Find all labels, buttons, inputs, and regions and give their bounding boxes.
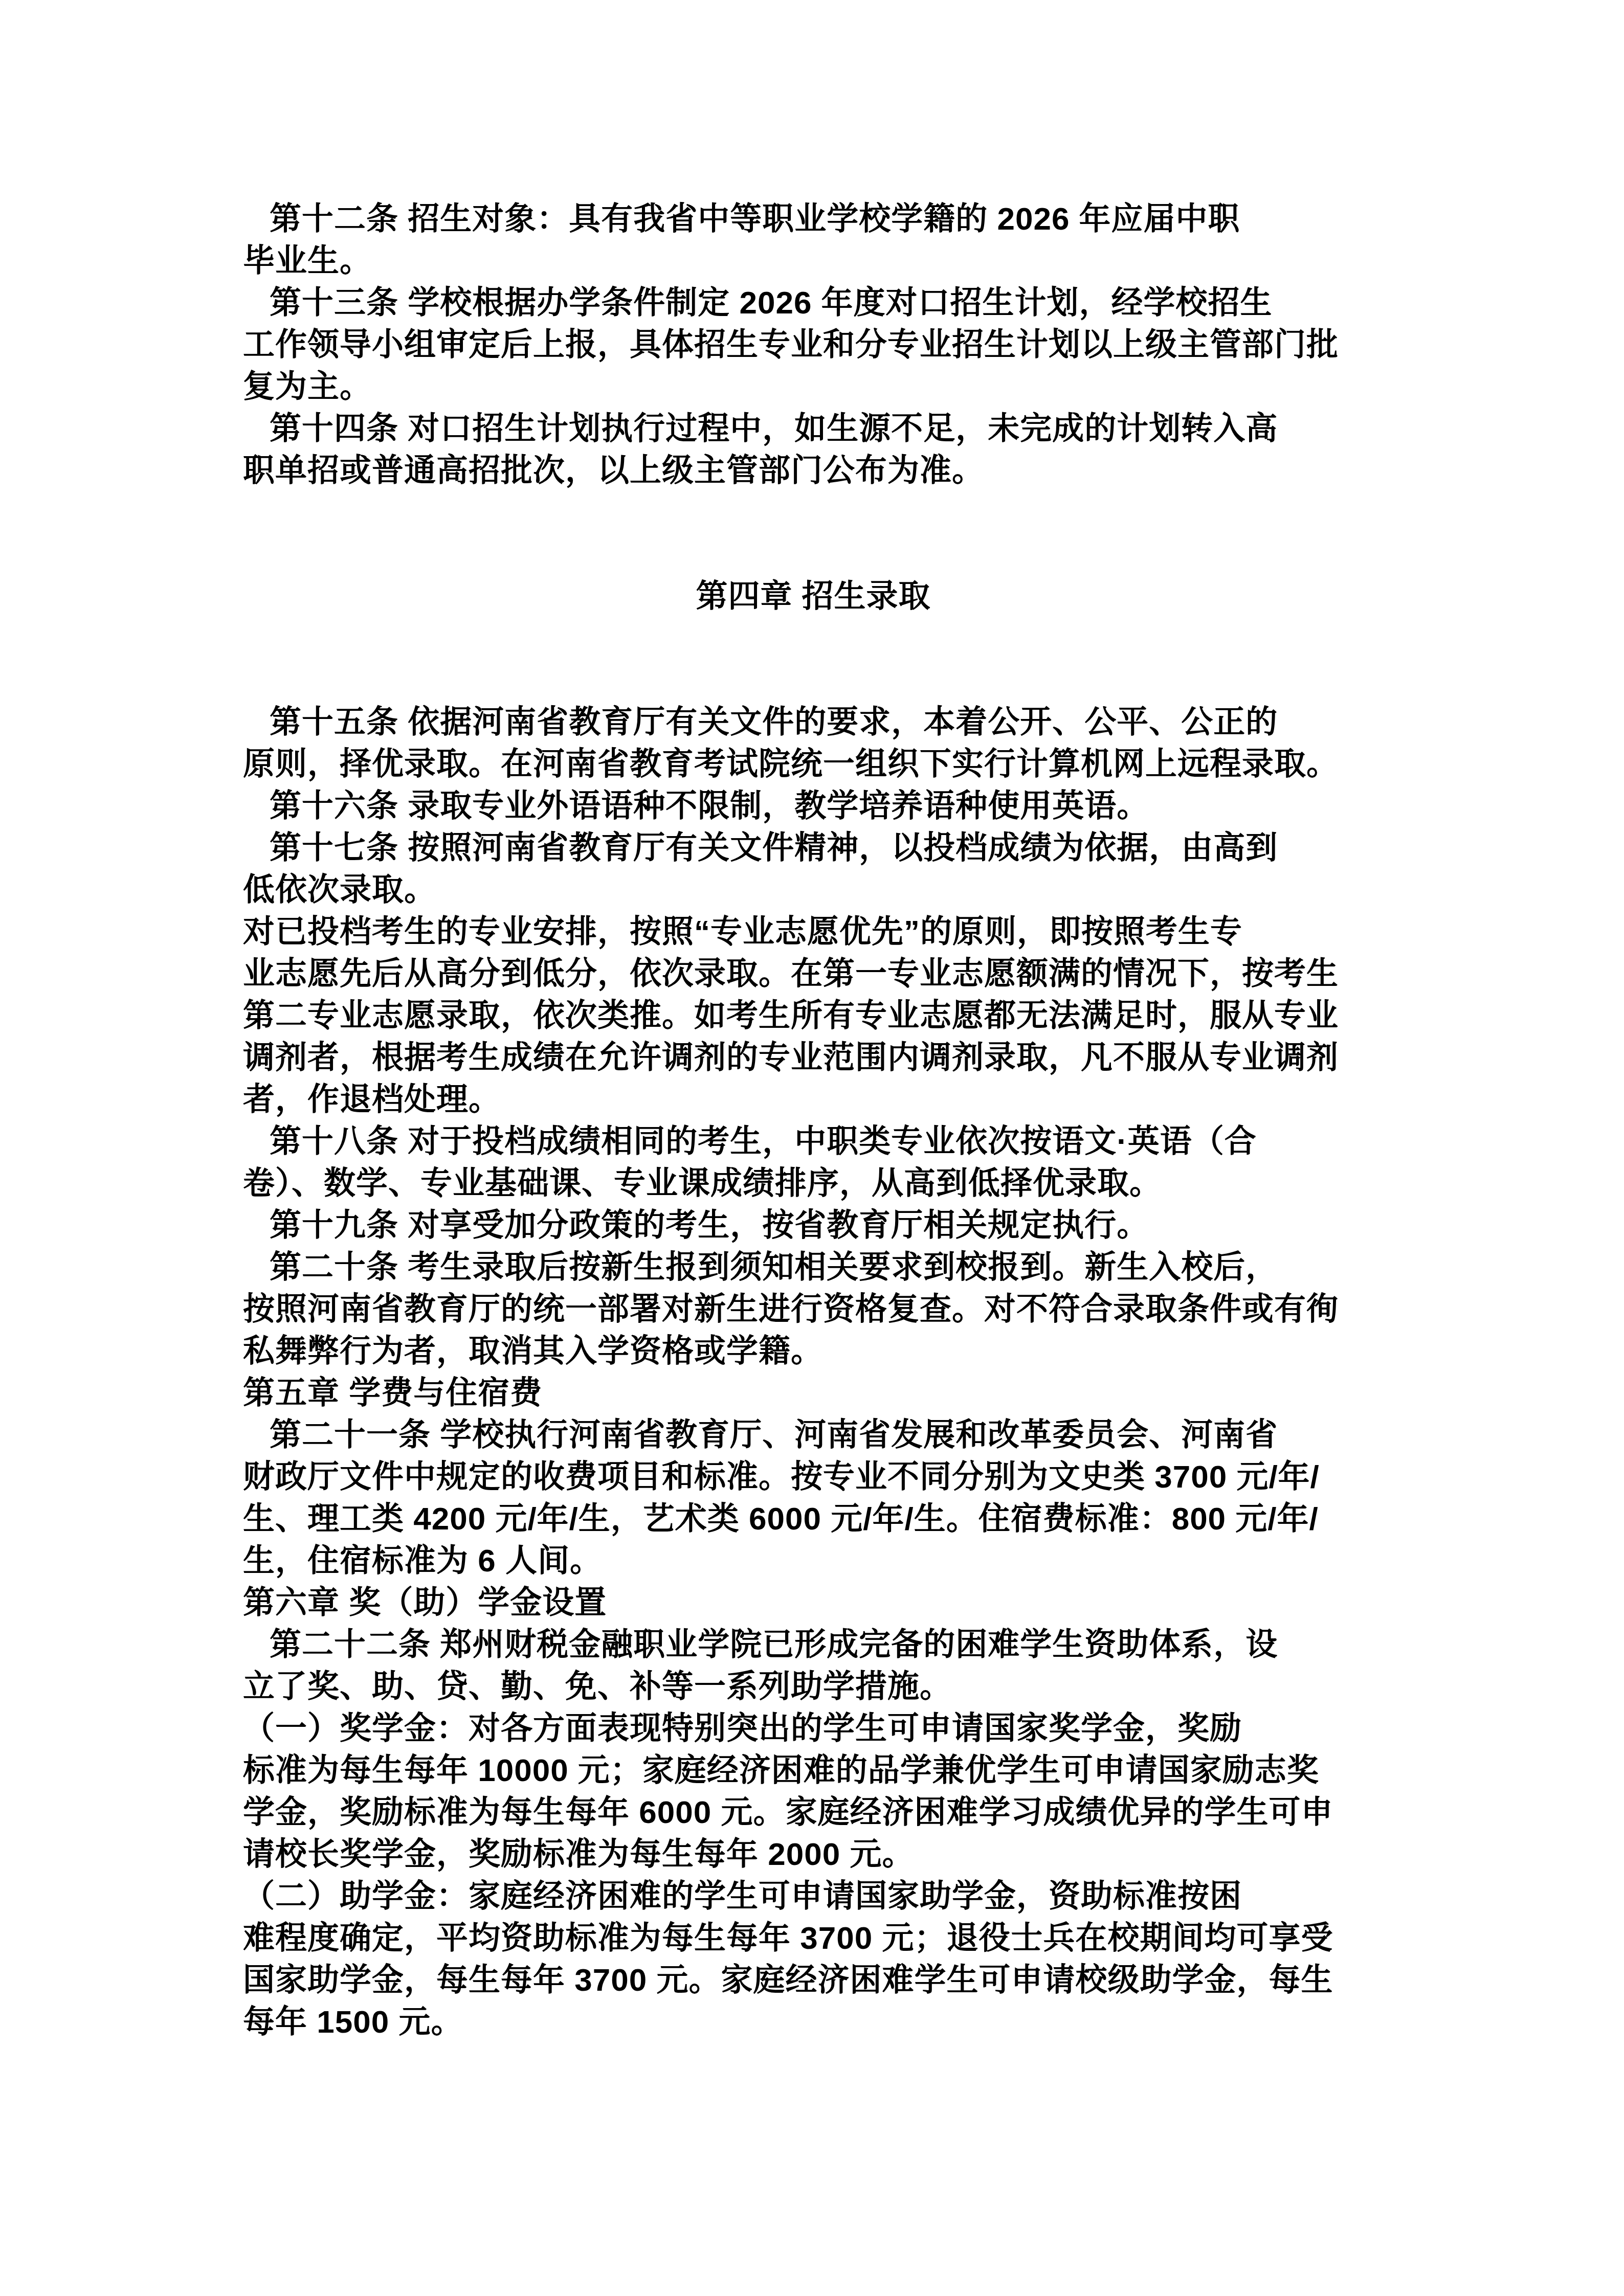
- chapter-heading: 第五章 学费与住宿费: [243, 1372, 1384, 1414]
- blank-line: [243, 534, 1384, 576]
- document-line: 调剂者，根据考生成绩在允许调剂的专业范围内调剂录取，凡不服从专业调剂: [243, 1037, 1384, 1079]
- document-line: 第十九条 对享受加分政策的考生，按省教育厅相关规定执行。: [243, 1205, 1384, 1247]
- document-line: 学金，奖励标准为每生每年 6000 元。家庭经济困难学习成绩优异的学生可申: [243, 1792, 1384, 1834]
- blank-line: [243, 660, 1384, 702]
- document-line: 工作领导小组审定后上报，具体招生专业和分专业招生计划以上级主管部门批: [243, 324, 1384, 366]
- document-line: 第十六条 录取专业外语语种不限制，教学培养语种使用英语。: [243, 785, 1384, 827]
- document-line: 标准为每生每年 10000 元；家庭经济困难的品学兼优学生可申请国家励志奖: [243, 1750, 1384, 1792]
- document-line: 私舞弊行为者，取消其入学资格或学籍。: [243, 1331, 1384, 1372]
- document-line: 第二十条 考生录取后按新生报到须知相关要求到校报到。新生入校后，: [243, 1247, 1384, 1289]
- document-line: 第十三条 学校根据办学条件制定 2026 年度对口招生计划，经学校招生: [243, 282, 1384, 324]
- document-text-block: 第十二条 招生对象：具有我省中等职业学校学籍的 2026 年应届中职毕业生。第十…: [243, 198, 1384, 2043]
- document-line: 财政厅文件中规定的收费项目和标准。按专业不同分别为文史类 3700 元/年/: [243, 1456, 1384, 1498]
- blank-line: [243, 618, 1384, 660]
- document-line: 请校长奖学金，奖励标准为每生每年 2000 元。: [243, 1834, 1384, 1876]
- document-line: 低依次录取。: [243, 869, 1384, 911]
- document-line: 原则，择优录取。在河南省教育考试院统一组织下实行计算机网上远程录取。: [243, 744, 1384, 785]
- document-line: 者，作退档处理。: [243, 1079, 1384, 1121]
- document-line: 复为主。: [243, 366, 1384, 408]
- document-line: 毕业生。: [243, 240, 1384, 282]
- document-line: 国家助学金，每生每年 3700 元。家庭经济困难学生可申请校级助学金，每生: [243, 1960, 1384, 2001]
- document-line: 立了奖、助、贷、勤、免、补等一系列助学措施。: [243, 1666, 1384, 1708]
- document-line: （二）助学金：家庭经济困难的学生可申请国家助学金，资助标准按困: [243, 1876, 1384, 1918]
- document-line: 每年 1500 元。: [243, 2001, 1384, 2043]
- document-line: 难程度确定，平均资助标准为每生每年 3700 元；退役士兵在校期间均可享受: [243, 1918, 1384, 1960]
- document-line: 卷）、数学、专业基础课、专业课成绩排序，从高到低择优录取。: [243, 1163, 1384, 1205]
- document-line: 职单招或普通高招批次，以上级主管部门公布为准。: [243, 450, 1384, 492]
- chapter-heading: 第六章 奖（助）学金设置: [243, 1582, 1384, 1624]
- document-line: 第十二条 招生对象：具有我省中等职业学校学籍的 2026 年应届中职: [243, 198, 1384, 240]
- document-line: 第十七条 按照河南省教育厅有关文件精神，以投档成绩为依据，由高到: [243, 827, 1384, 869]
- document-line: 生、理工类 4200 元/年/生，艺术类 6000 元/年/生。住宿费标准：80…: [243, 1498, 1384, 1540]
- document-line: 生，住宿标准为 6 人间。: [243, 1540, 1384, 1582]
- document-line: 第二十一条 学校执行河南省教育厅、河南省发展和改革委员会、河南省: [243, 1414, 1384, 1456]
- blank-line: [243, 492, 1384, 534]
- document-line: 第十八条 对于投档成绩相同的考生，中职类专业依次按语文·英语（合: [243, 1121, 1384, 1163]
- document-line: 业志愿先后从高分到低分，依次录取。在第一专业志愿额满的情况下，按考生: [243, 953, 1384, 995]
- document-line: 第十四条 对口招生计划执行过程中，如生源不足，未完成的计划转入高: [243, 408, 1384, 450]
- document-line: 第二十二条 郑州财税金融职业学院已形成完备的困难学生资助体系，设: [243, 1624, 1384, 1666]
- document-line: 对已投档考生的专业安排，按照“专业志愿优先”的原则，即按照考生专: [243, 911, 1384, 953]
- document-line: 按照河南省教育厅的统一部署对新生进行资格复查。对不符合录取条件或有徇: [243, 1289, 1384, 1331]
- document-line: （一）奖学金：对各方面表现特别突出的学生可申请国家奖学金，奖励: [243, 1708, 1384, 1750]
- document-page: 第十二条 招生对象：具有我省中等职业学校学籍的 2026 年应届中职毕业生。第十…: [0, 0, 1624, 2296]
- document-line: 第二专业志愿录取，依次类推。如考生所有专业志愿都无法满足时，服从专业: [243, 995, 1384, 1037]
- document-line: 第十五条 依据河南省教育厅有关文件的要求，本着公开、公平、公正的: [243, 702, 1384, 744]
- chapter-heading: 第四章 招生录取: [243, 576, 1384, 618]
